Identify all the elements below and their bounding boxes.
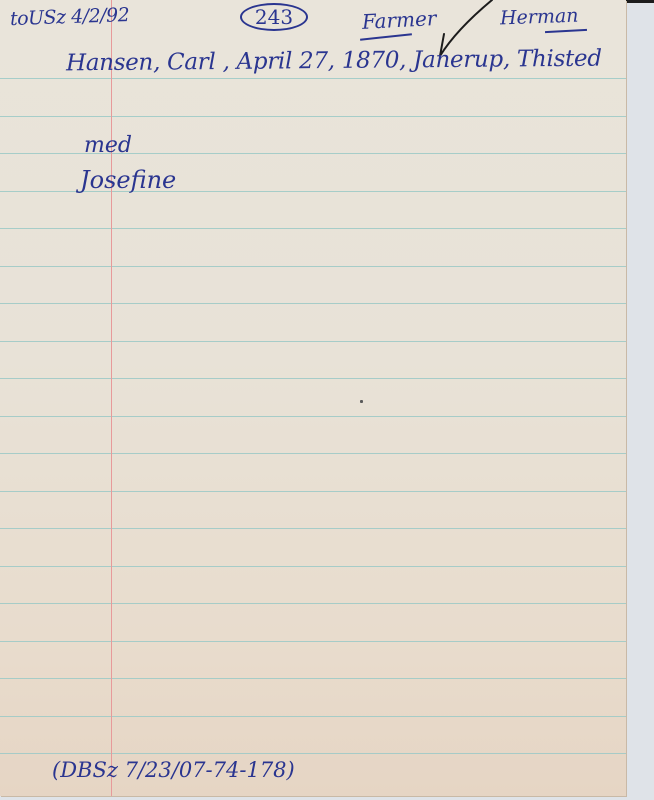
rule-line	[0, 228, 626, 229]
rule-line	[0, 528, 626, 529]
top-reference-note: toUSz 4/2/92	[10, 6, 130, 29]
rule-line	[0, 641, 626, 642]
rule-line	[0, 341, 626, 342]
note-spouse-name: Josefine	[80, 168, 176, 192]
main-entry-line: Hansen, Carl , April 27, 1870, Janerup, …	[66, 48, 602, 76]
rule-line	[0, 753, 626, 754]
scanner-edge	[625, 0, 654, 3]
ruled-paper-sheet: toUSz 4/2/92 243 Farmer Herman Hansen, C…	[0, 0, 626, 796]
occupation-underline	[360, 33, 412, 40]
rule-line	[0, 491, 626, 492]
rule-line	[0, 78, 626, 79]
rule-line	[0, 116, 626, 117]
red-margin-line	[111, 0, 112, 796]
circled-record-number: 243	[240, 3, 308, 31]
rule-line	[0, 303, 626, 304]
rule-line	[0, 603, 626, 604]
secondary-name-label: Herman	[500, 7, 579, 29]
rule-line	[0, 678, 626, 679]
rule-line	[0, 453, 626, 454]
occupation-label: Farmer	[362, 8, 437, 32]
secondary-name-underline	[545, 29, 587, 33]
bottom-reference-note: (DBSz 7/23/07-74-178)	[52, 760, 295, 781]
rule-line	[0, 566, 626, 567]
rule-line	[0, 378, 626, 379]
paper-speck	[360, 400, 363, 403]
rule-line	[0, 416, 626, 417]
rule-line	[0, 266, 626, 267]
record-number-text: 243	[255, 7, 293, 27]
rule-line	[0, 716, 626, 717]
note-med: med	[84, 135, 132, 157]
